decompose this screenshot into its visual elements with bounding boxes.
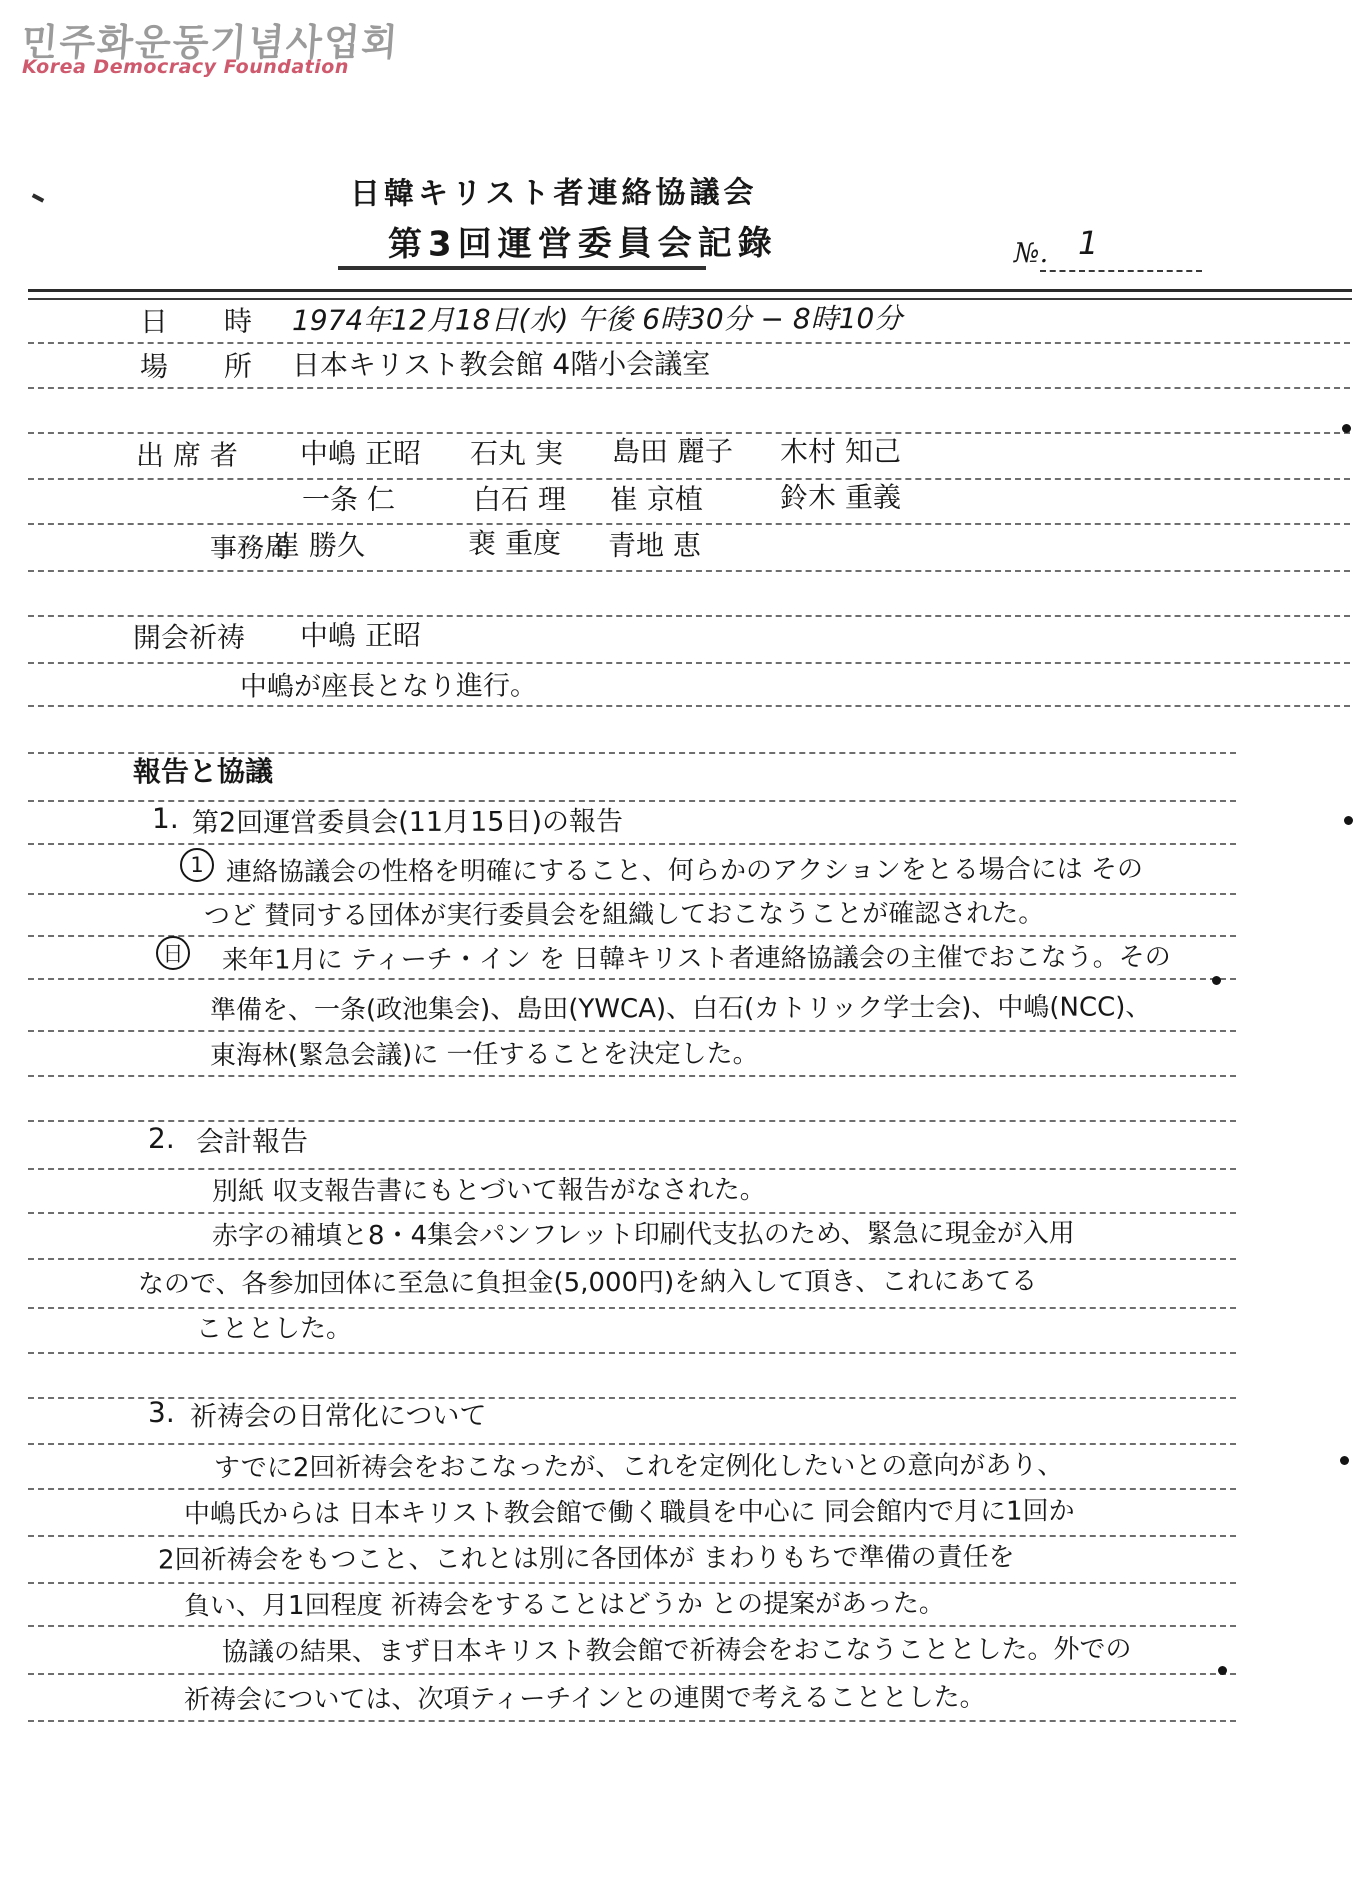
item2-title: 会計報告: [196, 1120, 308, 1160]
item2-number: 2.: [148, 1122, 175, 1155]
ink-dot: [1342, 424, 1351, 433]
attendee-name: 石丸 実: [470, 432, 563, 472]
page-number-label: №.: [1014, 238, 1048, 269]
attendee-name: 木村 知己: [780, 430, 901, 470]
item1-point2-line2: 準備を、一条(政池集会)、島田(YWCA)、白石(カトリック学士会)、中嶋(NC…: [210, 986, 1152, 1026]
item1-point1-line2: つど 賛同する団体が実行委員会を組織しておこなうことが確認された。: [204, 893, 1044, 933]
ink-dot: [1218, 1666, 1227, 1675]
attendee-name: 白石 理: [473, 478, 566, 518]
item2-line4: こととした。: [196, 1308, 352, 1346]
logo-english-text: Korea Democracy Foundation: [22, 56, 349, 78]
ruled-line: [28, 1535, 1236, 1537]
title-underline: [338, 266, 706, 270]
item3-line2: 中嶋氏からは 日本キリスト教会館で働く職員を中心に 同会館内で月に1回か: [184, 1490, 1075, 1530]
org-title: 日韓キリスト者連絡協議会: [350, 167, 758, 212]
ink-speck: [32, 193, 44, 202]
place-value: 日本キリスト教会館 4階小会議室: [292, 342, 710, 383]
doc-title: 第3回運営委員会記錄: [388, 215, 778, 265]
item1-title: 第2回運営委員会(11月15日)の報告: [192, 799, 623, 840]
ruled-line: [28, 1720, 1236, 1722]
ruled-line: [28, 705, 1350, 707]
item3-line3: 2回祈祷会をもつこと、これとは別に各団体が まわりもちで準備の責任を: [158, 1537, 1015, 1577]
page-number-value: 1: [1078, 224, 1098, 262]
ink-dot: [1340, 1456, 1349, 1465]
item3-line1: すでに2回祈祷会をおこなったが、これを定例化したいとの意向があり、: [214, 1445, 1063, 1485]
item2-line2: 赤字の補填と8・4集会パンフレット印刷代支払のため、緊急に現金が入用: [212, 1212, 1075, 1252]
item2-line1: 別紙 収支報告書にもとづいて報告がなされた。: [212, 1169, 766, 1208]
ruled-line: [28, 843, 1236, 845]
item1-point1-marker: 1: [180, 848, 214, 882]
ruled-line: [28, 1352, 1236, 1354]
ruled-line: [28, 1258, 1236, 1260]
item1-point2-marker: 日: [156, 936, 190, 970]
attendee-name: 島田 麗子: [612, 430, 733, 470]
ruled-line: [28, 978, 1236, 980]
attendees-label: 出 席 者: [136, 434, 238, 474]
attendee-name: 鈴木 重義: [780, 476, 901, 516]
ruled-line: [28, 1625, 1236, 1627]
item3-line5: 協議の結果、まず日本キリスト教会館で祈祷会をおこなうこととした。外での: [222, 1628, 1132, 1668]
item3-line4: 負い、月1回程度 祈祷会をすることはどうか との提案があった。: [184, 1583, 945, 1623]
ink-dot: [1344, 816, 1353, 825]
item1-number: 1.: [152, 802, 179, 835]
attendee-name: 一条 仁: [302, 478, 395, 518]
item3-line6: 祈祷会については、次項ティーチインとの連関で考えることとした。: [184, 1677, 986, 1717]
secretariat-name: 崔 勝久: [272, 524, 365, 564]
chair-note: 中嶋が座長となり進行。: [240, 663, 537, 703]
date-value: 1974年12月18日(水) 午後 6時30分 − 8時10分: [292, 297, 902, 339]
item2-line3: なので、各参加団体に至急に負担金(5,000円)を納入して頂き、これにあてる: [138, 1260, 1037, 1300]
date-label: 日 時: [140, 300, 252, 340]
ruled-line: [28, 1075, 1236, 1077]
item3-number: 3.: [148, 1396, 175, 1429]
opening-prayer-label: 開会祈祷: [133, 616, 245, 656]
ruled-line: [28, 570, 1350, 572]
attendee-name: 中嶋 正昭: [300, 432, 421, 472]
attendee-name: 崔 京植: [610, 478, 703, 518]
ruled-line: [28, 387, 1350, 389]
item1-point2-line3: 東海林(緊急会議)に 一任することを決定した。: [210, 1033, 759, 1072]
opening-prayer-name: 中嶋 正昭: [300, 614, 421, 654]
secretariat-name: 裵 重度: [468, 522, 561, 562]
place-label: 場 所: [140, 345, 252, 385]
secretariat-name: 青地 恵: [608, 524, 701, 564]
ink-dot: [1212, 976, 1221, 985]
scanned-document-page: 민주화운동기념사업회 Korea Democracy Foundation 日韓…: [0, 0, 1361, 1899]
item1-point1-line1: 連絡協議会の性格を明確にすること、何らかのアクションをとる場合には その: [226, 848, 1143, 888]
agenda-heading: 報告と協議: [133, 750, 273, 790]
ruled-line: [28, 1673, 1236, 1675]
page-number-underline: [1040, 270, 1202, 272]
item1-point2-line1: 来年1月に ティーチ・イン を 日韓キリスト者連絡協議会の主催でおこなう。その: [222, 936, 1171, 976]
item3-title: 祈祷会の日常化について: [190, 1393, 487, 1433]
ruled-line: [28, 662, 1350, 664]
ruled-line: [28, 1030, 1236, 1032]
